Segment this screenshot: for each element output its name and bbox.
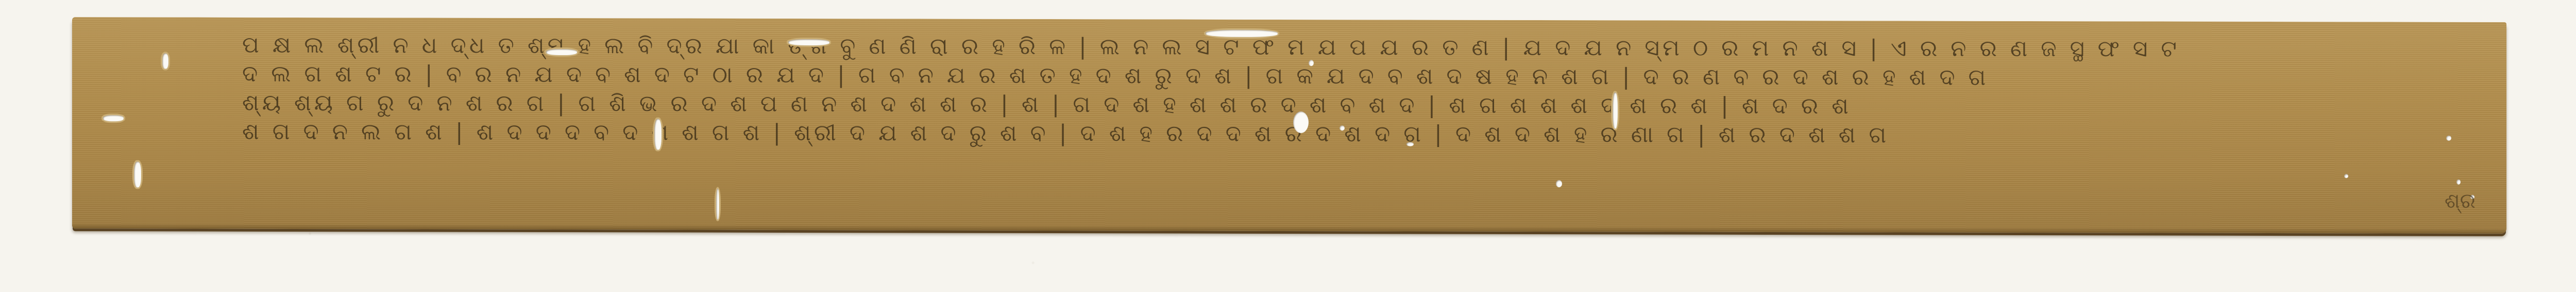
- wormhole: [2446, 136, 2451, 141]
- wormhole: [2344, 174, 2348, 178]
- worm-track: [1206, 30, 1278, 37]
- manuscript-line-1: ପ କ୍ଷ ଲ ଶ୍ରୀ ନ ଧ ଦ୍ଧ ତ ଶ୍ମ ହ ଲ ବି ଦ୍ର ଯା…: [242, 31, 2409, 64]
- manuscript-line-2: ଦ ଲ ଗ ଶ ଟ ର | ବ ର ନ ଯ ଦ ବ ଶ ଦ ଟ ଠା ର ଯ ଦ…: [242, 60, 2409, 93]
- wormhole: [1340, 125, 1345, 131]
- manuscript-line-4: ଶ ଗ ଦ ନ ଲ ଗ ଶ | ଶ ଦ ଦ ଦ ବ ଦ ଶ ଶ ଗ ଶ | ଶ୍…: [242, 118, 2409, 151]
- worm-track: [716, 189, 719, 220]
- worm-track: [134, 161, 141, 187]
- palm-leaf-manuscript: ପ କ୍ଷ ଲ ଶ୍ରୀ ନ ଧ ଦ୍ଧ ତ ଶ୍ମ ହ ଲ ବି ଦ୍ର ଯା…: [72, 17, 2506, 234]
- worm-track: [103, 115, 124, 121]
- manuscript-text: ପ କ୍ଷ ଲ ଶ୍ରୀ ନ ଧ ଦ୍ଧ ତ ଶ୍ମ ହ ଲ ବି ଦ୍ର ଯା…: [72, 17, 2506, 234]
- worm-track: [162, 53, 168, 69]
- manuscript-line-3: ଶ୍ୟ ଶ୍ୟ ଗ ରୁ ଦ ନ ଶ ର ଗ | ଗ ଶି ଭ ର ଦ ଶ ପ …: [242, 89, 2409, 122]
- worm-track: [654, 119, 662, 150]
- margin-mark: ଶ୍ର: [2445, 189, 2476, 213]
- wormhole: [1556, 180, 1562, 187]
- worm-track: [546, 49, 577, 55]
- worm-track: [1613, 92, 1618, 128]
- worm-track: [788, 39, 829, 45]
- wormhole: [2456, 180, 2461, 185]
- binding-hole: [1293, 111, 1309, 133]
- wormhole: [1309, 60, 1314, 66]
- wormhole: [1406, 142, 1414, 146]
